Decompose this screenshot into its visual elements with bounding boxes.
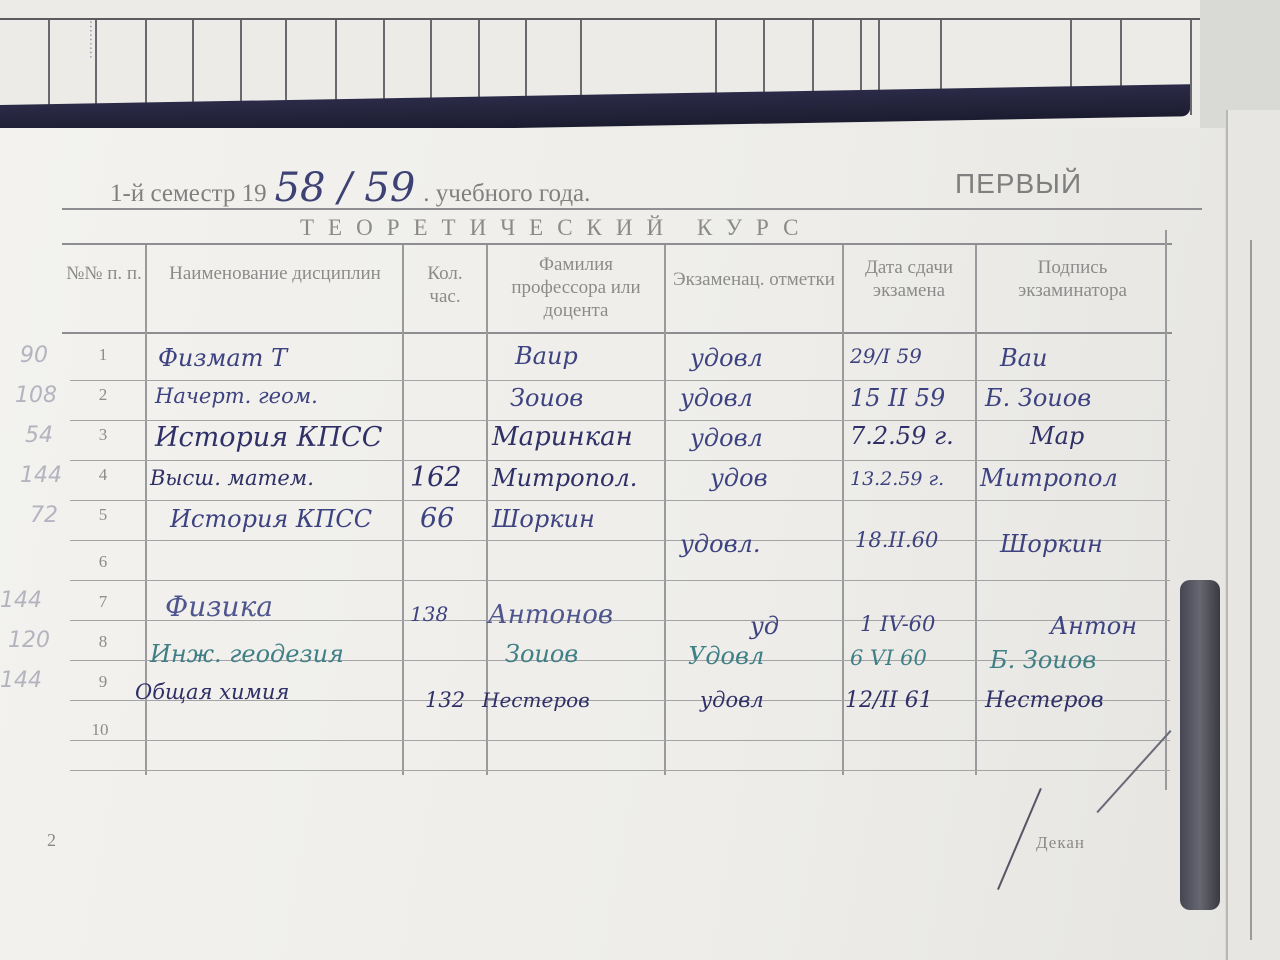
date-cell: 13.2.59 г. <box>850 468 944 490</box>
row-number: 1 <box>88 345 118 365</box>
professor-cell: Митропол. <box>492 464 637 492</box>
grade-cell: Удовл <box>688 642 764 670</box>
column-header-professor: Фамилия профессора или доцента <box>492 253 660 322</box>
hours-cell: 132 <box>425 688 465 712</box>
professor-cell: Зоиов <box>505 640 578 668</box>
date-cell: 15 II 59 <box>850 384 945 412</box>
row-divider <box>70 740 1170 741</box>
column-header-hours: Кол. час. <box>410 262 480 308</box>
signature-cell: Ваи <box>1000 344 1047 372</box>
professor-cell: Антонов <box>488 600 613 630</box>
column-divider <box>1165 230 1167 790</box>
grade-cell: удовл <box>680 384 753 412</box>
row-number: 10 <box>85 720 115 740</box>
column-header-number: №№ п. п. <box>66 262 142 285</box>
previous-page-column-line <box>1190 20 1192 115</box>
discipline-cell: Высш. матем. <box>150 466 314 490</box>
grade-cell: удовл <box>690 344 763 372</box>
row-number: 8 <box>88 632 118 652</box>
signature-cell: Мар <box>1030 422 1084 450</box>
row-divider <box>70 770 1170 771</box>
row-number: 4 <box>88 465 118 485</box>
semester-suffix: . учебного года. <box>423 180 590 208</box>
semester-header: 1-й семестр 19 58 / 59 . учебного года. <box>110 165 590 211</box>
column-header-discipline: Наименование дисциплин <box>160 262 390 285</box>
signature-cell: Антон <box>1050 612 1137 640</box>
previous-page-rule <box>0 18 1200 20</box>
date-cell: 1 IV-60 <box>860 612 935 636</box>
column-divider <box>975 245 977 775</box>
header-divider <box>62 208 1202 210</box>
grade-cell: удовл <box>690 424 763 452</box>
table-top-border <box>62 243 1172 245</box>
column-header-date: Дата сдачи экзамена <box>846 256 972 302</box>
row-number: 9 <box>88 672 118 692</box>
academic-year-handwritten: 58 / 59 <box>275 165 416 211</box>
facing-page-edge <box>1226 110 1280 960</box>
facing-page-rule <box>1250 240 1252 940</box>
margin-hours-note: 72 <box>30 503 58 528</box>
row-divider <box>70 460 1170 461</box>
signature-cell: Митропол <box>980 464 1118 492</box>
signature-cell: Нестеров <box>985 688 1104 713</box>
grade-cell: удовл. <box>680 530 760 558</box>
row-number: 2 <box>88 385 118 405</box>
date-cell: 18.II.60 <box>855 528 938 552</box>
signature-cell: Б. Зоиов <box>985 384 1091 412</box>
course-year-label: ПЕРВЫЙ <box>955 168 1082 200</box>
discipline-cell: Физика <box>165 590 273 623</box>
previous-page-column-line <box>95 20 97 115</box>
margin-hours-note: 120 <box>8 628 50 653</box>
margin-hours-note: 144 <box>0 588 42 613</box>
discipline-cell: Инж. геодезия <box>150 640 344 668</box>
hours-cell: 66 <box>420 503 454 534</box>
date-cell: 29/I 59 <box>850 344 922 368</box>
discipline-cell: Общая химия <box>135 680 289 704</box>
margin-hours-note: 90 <box>20 343 48 368</box>
hours-cell: 138 <box>410 602 448 626</box>
date-cell: 6 VI 60 <box>850 646 927 670</box>
margin-hours-note: 108 <box>15 383 57 408</box>
table-header-bottom-border <box>62 332 1172 334</box>
row-number: 5 <box>88 505 118 525</box>
column-divider <box>842 245 844 775</box>
book-spine-shadow <box>1180 580 1220 910</box>
row-divider <box>70 380 1170 381</box>
discipline-cell: Начерт. геом. <box>155 384 318 408</box>
professor-cell: Ваир <box>515 342 578 370</box>
column-divider <box>402 245 404 775</box>
row-divider <box>70 500 1170 501</box>
margin-hours-note: 144 <box>20 463 62 488</box>
margin-hours-note: 144 <box>0 668 42 693</box>
row-number: 7 <box>88 592 118 612</box>
dean-label: Декан <box>1036 833 1085 853</box>
professor-cell: Зоиов <box>510 384 583 412</box>
discipline-cell: Физмат Т <box>158 344 287 372</box>
row-number: 3 <box>88 425 118 445</box>
previous-page-column-line <box>48 20 50 115</box>
professor-cell: Маринкан <box>492 422 633 452</box>
date-cell: 12/II 61 <box>845 688 933 713</box>
professor-cell: Шоркин <box>492 505 595 533</box>
row-number: 6 <box>88 552 118 572</box>
grade-cell: удов <box>710 464 768 492</box>
section-title: ТЕОРЕТИЧЕСКИЙ КУРС <box>300 215 812 241</box>
page-number: 2 <box>47 830 56 851</box>
signature-cell: Б. Зоиов <box>990 646 1096 674</box>
grade-cell: удовл <box>700 688 764 712</box>
grade-cell: уд <box>750 612 779 640</box>
hours-cell: 162 <box>410 462 462 493</box>
discipline-cell: История КПСС <box>155 422 382 453</box>
previous-page-column-line <box>145 20 147 115</box>
margin-hours-note: 54 <box>25 423 53 448</box>
signature-cell: Шоркин <box>1000 530 1103 558</box>
professor-cell: Нестеров <box>482 688 590 712</box>
date-cell: 7.2.59 г. <box>850 422 954 450</box>
row-divider <box>70 420 1170 421</box>
row-divider <box>70 580 1170 581</box>
semester-prefix: 1-й семестр 19 <box>110 180 267 208</box>
column-header-grade: Экзаменац. отметки <box>670 268 838 291</box>
discipline-cell: История КПСС <box>170 505 372 533</box>
column-header-signature: Подпись экзаминатора <box>985 256 1160 302</box>
column-divider <box>664 245 666 775</box>
